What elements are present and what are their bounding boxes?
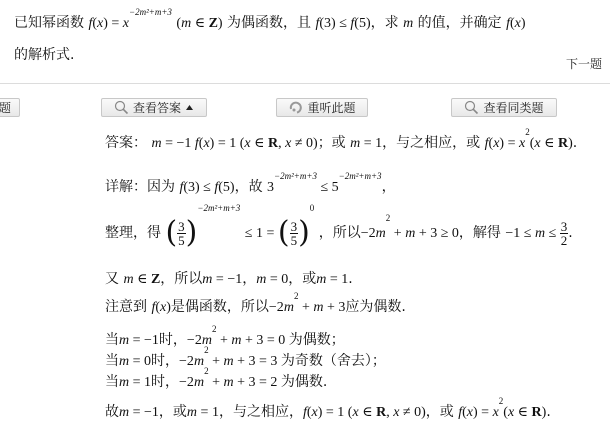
exponent: −2m²+m+3 <box>129 7 172 17</box>
solution-case-2: 当m = 0时，−2m2 + m + 3 = 3 为奇数（舍去）； <box>105 350 386 370</box>
similar-questions-button[interactable]: 查看同类题 <box>451 98 557 117</box>
search-icon <box>114 100 129 115</box>
prev-question-button[interactable]: 题 <box>0 98 20 117</box>
question-prefix: 已知幂函数 <box>14 15 84 31</box>
solution-case-1: 当m = −1时，−2m2 + m + 3 = 0 为偶数； <box>105 329 345 349</box>
solution-conclusion: 故m = −1，或m = 1，与之相应，f(x) = 1 (x ∈ R, x ≠… <box>105 401 551 421</box>
caret-up-icon <box>185 104 194 111</box>
answer-line: 答案： m = −1 f(x) = 1 (x ∈ R, x ≠ 0)；或 m =… <box>105 132 577 152</box>
solution-line-4: 注意到 f(x)是偶函数，所以−2m2 + m + 3应为偶数. <box>105 296 406 316</box>
separator <box>0 83 610 84</box>
replay-question-button[interactable]: 重听此题 <box>276 98 368 117</box>
solution-line-1: 详解：因为 f(3) ≤ f(5)，故 3−2m²+m+3 ≤ 5−2m²+m+… <box>105 176 396 196</box>
replay-icon <box>288 100 303 115</box>
search-icon <box>464 100 479 115</box>
view-answer-button[interactable]: 查看答案 <box>101 98 207 117</box>
solution-case-3: 当m = 1时，−2m2 + m + 3 = 2 为偶数. <box>105 371 327 391</box>
next-question-link[interactable]: 下一题 <box>566 55 602 72</box>
solution-line-2: 整理，得 (35)−2m²+m+3 ≤ 1 = (35)0 ，所以−2m2 + … <box>105 218 573 248</box>
question-text: 已知幂函数 f(x) = x−2m²+m+3 (m ∈ Z) 为偶函数，且 f(… <box>14 12 526 35</box>
question-line-2: 的解析式. <box>14 44 74 64</box>
solution-line-3: 又 m ∈ Z，所以m = −1，m = 0，或m = 1. <box>105 268 353 288</box>
